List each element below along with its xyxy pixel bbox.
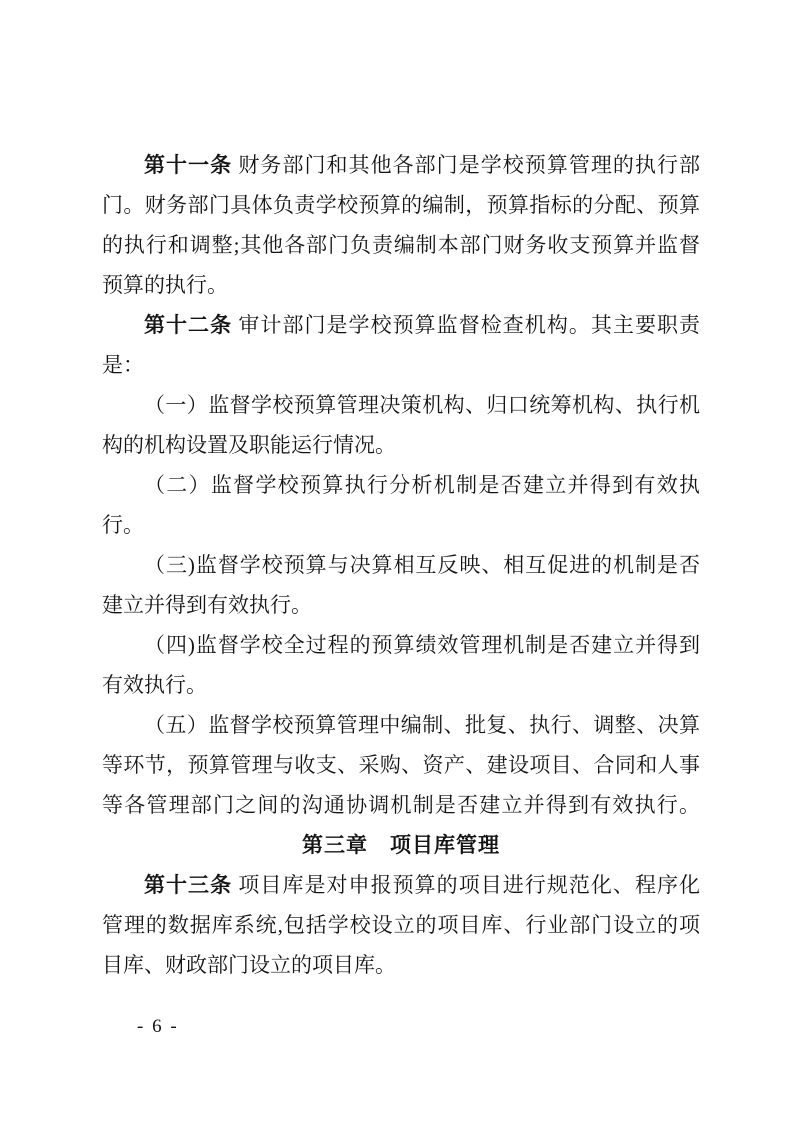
text-line: 目库、财政部门设立的项目库。 <box>102 945 700 985</box>
text-segment: （五）监督学校预算管理中编制、批复、执行、调整、决算 <box>144 713 700 737</box>
text-segment: 审计部门是学校预算监督检查机构。其主要职责 <box>232 313 700 337</box>
text-line: （二）监督学校预算执行分析机制是否建立并得到有效执 <box>102 465 700 505</box>
text-line: 的执行和调整;其他各部门负责编制本部门财务收支预算并监督 <box>102 225 700 265</box>
text-line: 建立并得到有效执行。 <box>102 585 700 625</box>
text-segment: 构的机构设置及职能运行情况。 <box>102 433 396 457</box>
text-line: 构的机构设置及职能运行情况。 <box>102 425 700 465</box>
text-segment: 项目库是对申报预算的项目进行规范化、程序化 <box>232 873 700 897</box>
text-line: 等各管理部门之间的沟通协调机制是否建立并得到有效执行。 <box>102 785 700 825</box>
text-line: 第十一条 财务部门和其他各部门是学校预算管理的执行部 <box>102 145 700 185</box>
document-page: 第十一条 财务部门和其他各部门是学校预算管理的执行部门。财务部门具体负责学校预算… <box>0 0 794 1123</box>
text-segment: 行。 <box>102 513 144 537</box>
text-segment: 等各管理部门之间的沟通协调机制是否建立并得到有效执行。 <box>102 793 700 817</box>
text-segment: 目库、财政部门设立的项目库。 <box>102 953 396 977</box>
text-line: （一）监督学校预算管理决策机构、归口统筹机构、执行机 <box>102 385 700 425</box>
text-line: 第十二条 审计部门是学校预算监督检查机构。其主要职责 <box>102 305 700 345</box>
text-line: 是： <box>102 345 700 385</box>
article-number: 第十一条 <box>144 153 232 177</box>
text-segment: 的执行和调整;其他各部门负责编制本部门财务收支预算并监督 <box>102 233 700 257</box>
text-segment: 管理的数据库系统,包括学校设立的项目库、行业部门设立的项 <box>102 913 700 937</box>
text-line: （四)监督学校全过程的预算绩效管理机制是否建立并得到 <box>102 625 700 665</box>
article-number: 第三章 项目库管理 <box>302 833 500 857</box>
text-segment: 财务部门和其他各部门是学校预算管理的执行部 <box>232 153 700 177</box>
text-segment: 预算的执行。 <box>102 273 228 297</box>
text-line: 行。 <box>102 505 700 545</box>
text-segment: 建立并得到有效执行。 <box>102 593 312 617</box>
page-number: - 6 - <box>137 1013 179 1041</box>
article-number: 第十二条 <box>144 313 232 337</box>
text-line: （五）监督学校预算管理中编制、批复、执行、调整、决算 <box>102 705 700 745</box>
text-segment: （二）监督学校预算执行分析机制是否建立并得到有效执 <box>144 473 700 497</box>
text-line: 门。财务部门具体负责学校预算的编制，预算指标的分配、预算 <box>102 185 700 225</box>
text-segment: 有效执行。 <box>102 673 207 697</box>
chapter-heading: 第三章 项目库管理 <box>102 825 700 865</box>
text-line: （三)监督学校预算与决算相互反映、相互促进的机制是否 <box>102 545 700 585</box>
text-segment: 等环节，预算管理与收支、采购、资产、建设项目、合同和人事 <box>102 753 700 777</box>
text-line: 第十三条 项目库是对申报预算的项目进行规范化、程序化 <box>102 865 700 905</box>
text-line: 管理的数据库系统,包括学校设立的项目库、行业部门设立的项 <box>102 905 700 945</box>
text-segment: （一）监督学校预算管理决策机构、归口统筹机构、执行机 <box>144 393 700 417</box>
text-segment: （三)监督学校预算与决算相互反映、相互促进的机制是否 <box>144 553 700 577</box>
text-segment: 是： <box>102 353 144 377</box>
document-body: 第十一条 财务部门和其他各部门是学校预算管理的执行部门。财务部门具体负责学校预算… <box>102 145 700 985</box>
text-segment: （四)监督学校全过程的预算绩效管理机制是否建立并得到 <box>144 633 700 657</box>
text-line: 预算的执行。 <box>102 265 700 305</box>
text-segment: 门。财务部门具体负责学校预算的编制，预算指标的分配、预算 <box>102 193 700 217</box>
article-number: 第十三条 <box>144 873 232 897</box>
text-line: 有效执行。 <box>102 665 700 705</box>
text-line: 等环节，预算管理与收支、采购、资产、建设项目、合同和人事 <box>102 745 700 785</box>
